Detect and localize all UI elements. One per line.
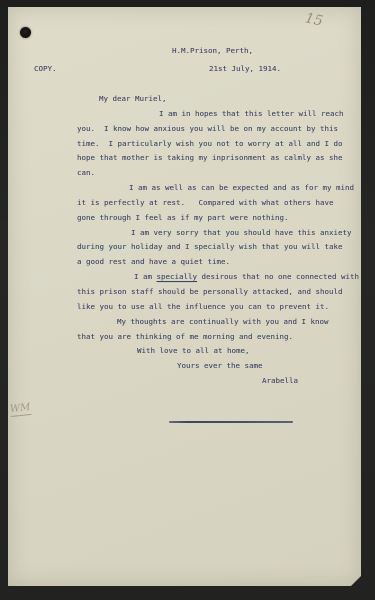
- letterhead-address: H.M.Prison, Perth,: [172, 46, 253, 55]
- letter-line: My thoughts are continually with you and…: [77, 315, 353, 330]
- letter-line: you. I know how anxious you will be on m…: [77, 122, 353, 137]
- letter-line: time. I particularly wish you not to wor…: [77, 137, 353, 152]
- scanned-letter-page: 15 COPY. H.M.Prison, Perth, 21st July, 1…: [8, 7, 361, 586]
- salutation: My dear Muriel,: [77, 92, 353, 107]
- letter-line: hope that mother is taking my inprisonme…: [77, 151, 353, 166]
- closing-line: With love to all at home,: [77, 344, 353, 359]
- letter-line-with-emphasis: I am specially desirous that no one conn…: [77, 270, 353, 285]
- letter-line: I am as well as can be expected and as f…: [77, 181, 353, 196]
- letter-line: this prison staff should be personally a…: [77, 285, 353, 300]
- letter-line-segment: desirous that no one connected with: [197, 272, 359, 281]
- letter-date: 21st July, 1914.: [209, 64, 281, 73]
- letter-line: gone through I feel as if my part were n…: [77, 211, 353, 226]
- letter-line: I am very sorry that you should have thi…: [77, 226, 353, 241]
- letter-line: that you are thinking of me morning and …: [77, 330, 353, 345]
- letter-line-segment: I am: [134, 272, 157, 281]
- letter-line: like you to use all the influence you ca…: [77, 300, 353, 315]
- pencil-initials: WM: [9, 402, 31, 417]
- letter-line: I am in hopes that this letter will reac…: [77, 107, 353, 122]
- letter-line: a good rest and have a quiet time.: [77, 255, 353, 270]
- hole-punch-mark: [20, 27, 31, 38]
- letter-line: it is perfectly at rest. Compared with w…: [77, 196, 353, 211]
- valediction: Yours ever the same: [77, 359, 353, 374]
- letter-line: during your holiday and I specially wish…: [77, 240, 353, 255]
- pencil-page-number: 15: [304, 10, 325, 29]
- copy-label: COPY.: [34, 64, 57, 73]
- signature-rule: [169, 421, 293, 423]
- underlined-word: specially: [157, 272, 198, 281]
- signature: Arabella: [77, 374, 353, 389]
- letter-body: My dear Muriel, I am in hopes that this …: [77, 92, 353, 389]
- letter-line: can.: [77, 166, 353, 181]
- scan-background: 15 COPY. H.M.Prison, Perth, 21st July, 1…: [0, 0, 375, 600]
